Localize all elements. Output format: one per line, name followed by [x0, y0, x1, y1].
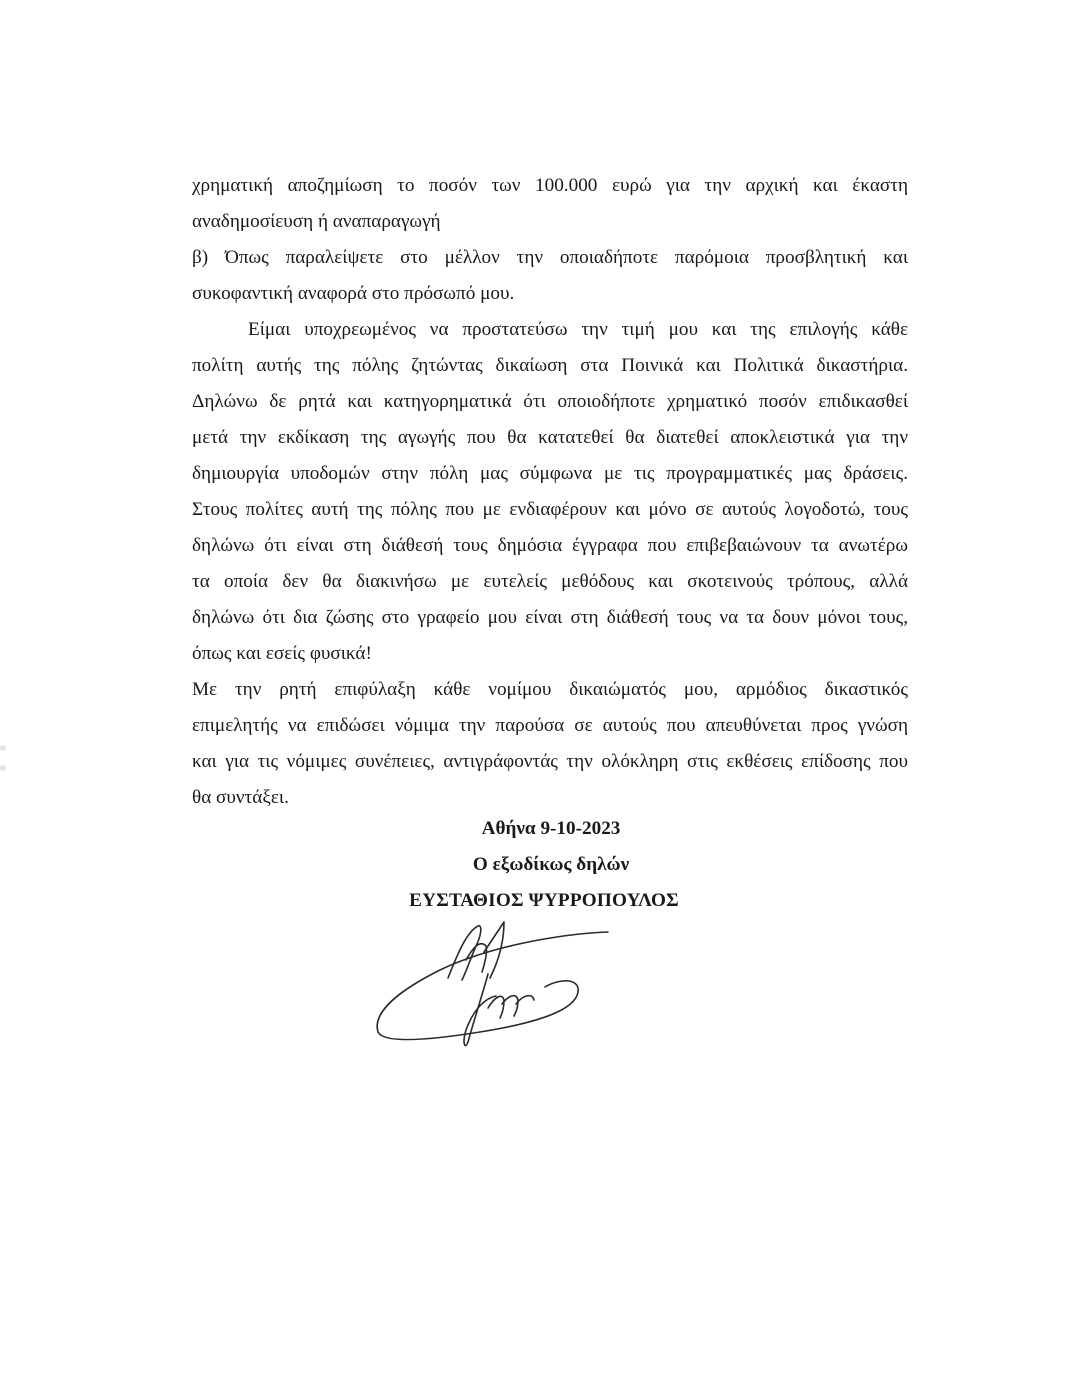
- handwritten-signature-icon: [370, 912, 610, 1052]
- document-page: χρηματική αποζημίωση το ποσόν των 100.00…: [0, 0, 1080, 1395]
- text-line: αναδημοσίευση ή αναπαραγωγή: [192, 204, 908, 240]
- text-line: όπως και εσείς φυσικά!: [192, 636, 908, 672]
- text-line: επιμελητής να επιδώσει νόμιμα την παρούσ…: [192, 708, 908, 744]
- text-line: συκοφαντική αναφορά στο πρόσωπό μου.: [192, 276, 908, 312]
- text-line: Δηλώνω δε ρητά και κατηγορηματικά ότι οπ…: [192, 384, 908, 420]
- text-line: τα οποία δεν θα διακινήσω με ευτελείς με…: [192, 564, 908, 600]
- text-line: Με την ρητή επιφύλαξη κάθε νομίμου δικαι…: [192, 672, 908, 708]
- text-line: Στους πολίτες αυτή της πόλης που με ενδι…: [192, 492, 908, 528]
- document-body: χρηματική αποζημίωση το ποσόν των 100.00…: [192, 168, 908, 816]
- text-line: χρηματική αποζημίωση το ποσόν των 100.00…: [192, 168, 908, 204]
- text-line: δηλώνω ότι είναι στη διάθεσή τους δημόσι…: [192, 528, 908, 564]
- text-line: Είμαι υποχρεωμένος να προστατεύσω την τι…: [192, 312, 908, 348]
- declarant-role: Ο εξωδίκως δηλών: [0, 847, 1080, 883]
- text-line: πολίτη αυτής της πόλης ζητώντας δικαίωση…: [192, 348, 908, 384]
- text-line: μετά την εκδίκαση της αγωγής που θα κατα…: [192, 420, 908, 456]
- text-line: και για τις νόμιμες συνέπειες, αντιγράφο…: [192, 744, 908, 780]
- text-line: β) Όπως παραλείψετε στο μέλλον την οποια…: [192, 240, 908, 276]
- scan-artifact: [0, 765, 6, 771]
- text-line: δημιουργία υποδομών στην πόλη μας σύμφων…: [192, 456, 908, 492]
- place-date: Αθήνα 9-10-2023: [0, 811, 1080, 847]
- text-line: δηλώνω ότι δια ζώσης στο γραφείο μου είν…: [192, 600, 908, 636]
- scan-artifact: [0, 745, 6, 751]
